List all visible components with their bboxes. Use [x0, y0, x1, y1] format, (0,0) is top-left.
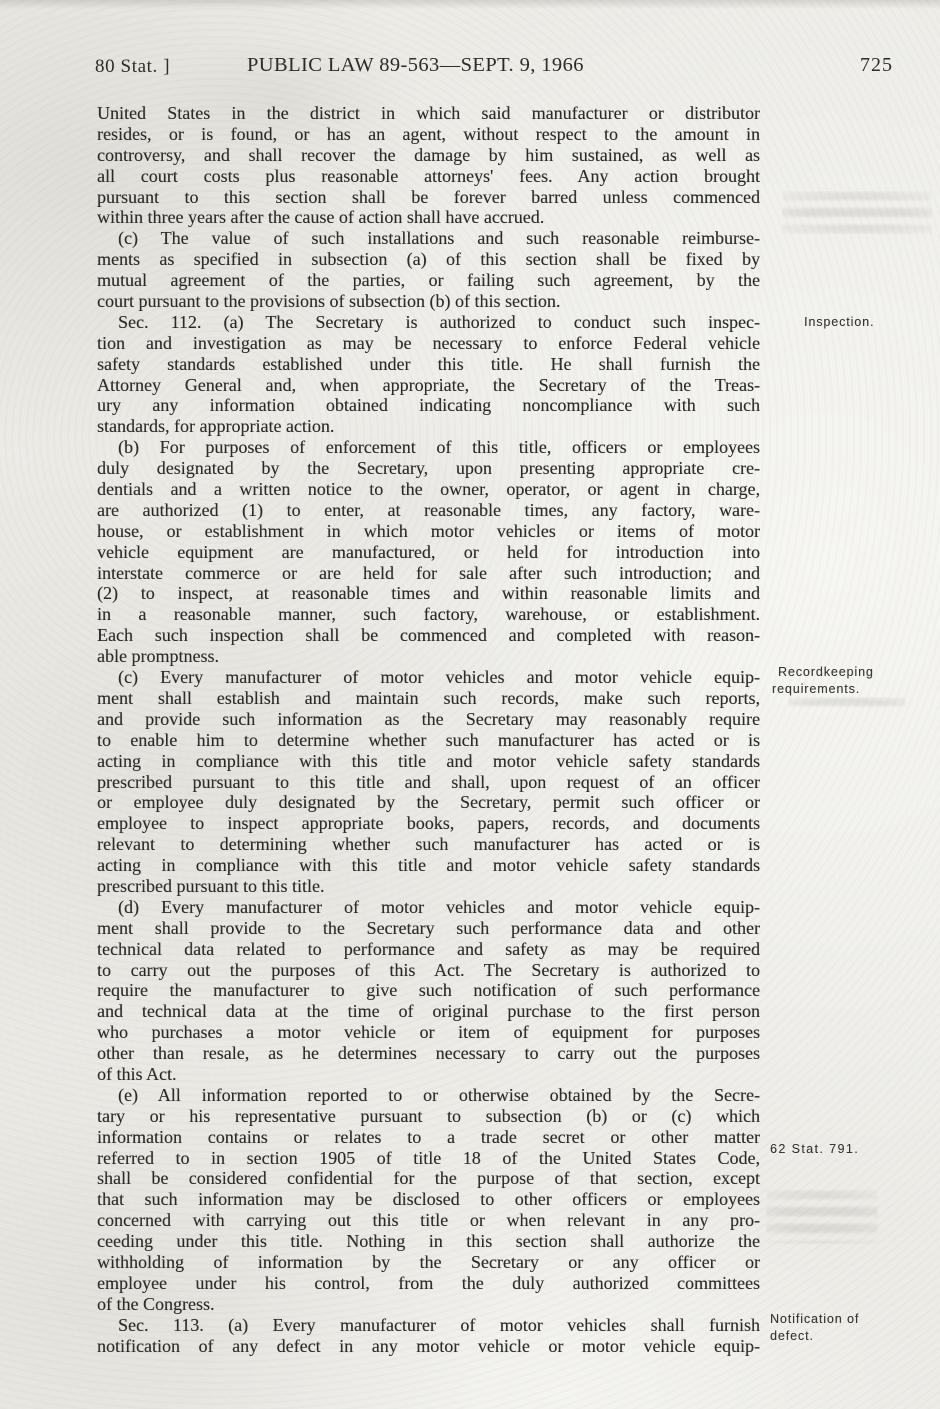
margin-note-text: requirements.	[772, 681, 940, 698]
paragraph-sec112e-confidentiality: (e) All information reported to or other…	[97, 1085, 760, 1315]
header-stat-volume: 80 Stat. ]	[95, 56, 170, 78]
text-line: in a reasonable manner, such factory, wa…	[97, 604, 760, 625]
text-line: of the Congress.	[97, 1294, 760, 1315]
text-line: Attorney General and, when appropriate, …	[97, 375, 760, 396]
margin-note-defect-notification: Notification of defect.	[770, 1311, 938, 1345]
text-line: (b) For purposes of enforcement of this …	[97, 437, 760, 458]
text-line: other than resale, as he determines nece…	[97, 1043, 760, 1064]
text-line: dentials and a written notice to the own…	[97, 479, 760, 500]
paragraph-111c-reimbursement: (c) The value of such installations and …	[97, 228, 760, 312]
text-line: to enable him to determine whether such …	[97, 730, 760, 751]
text-line: or employee duly designated by the Secre…	[97, 792, 760, 813]
text-line: Sec. 112. (a) The Secretary is authorize…	[97, 312, 760, 333]
text-line: Sec. 113. (a) Every manufacturer of moto…	[97, 1315, 760, 1336]
text-line: that such information may be disclosed t…	[97, 1189, 760, 1210]
text-line: are authorized (1) to enter, at reasonab…	[97, 500, 760, 521]
text-line: tary or his representative pursuant to s…	[97, 1106, 760, 1127]
margin-note-stat-citation: 62 Stat. 791.	[770, 1141, 938, 1158]
text-line: (e) All information reported to or other…	[97, 1085, 760, 1106]
text-line: concerned with carrying out this title o…	[97, 1210, 760, 1231]
text-line: mutual agreement of the parties, or fail…	[97, 270, 760, 291]
text-line: ment shall establish and maintain such r…	[97, 688, 760, 709]
bleedthrough-ghost	[788, 697, 906, 711]
text-line: resides, or is found, or has an agent, w…	[97, 124, 760, 145]
text-line: and provide such information as the Secr…	[97, 709, 760, 730]
statute-text-column: United States in the district in which s…	[97, 103, 760, 1356]
text-line: within three years after the cause of ac…	[97, 207, 760, 228]
text-line: house, or establishment in which motor v…	[97, 521, 760, 542]
text-line: ment shall provide to the Secretary such…	[97, 918, 760, 939]
text-line: safety standards established under this …	[97, 354, 760, 375]
bleedthrough-ghost	[782, 191, 932, 234]
paragraph-continuation-jurisdiction: United States in the district in which s…	[97, 103, 760, 228]
margin-note-text: Notification of	[770, 1311, 938, 1328]
text-line: require the manufacturer to give such no…	[97, 980, 760, 1001]
text-line: (d) Every manufacturer of motor vehicles…	[97, 897, 760, 918]
paragraph-sec112b-entry-powers: (b) For purposes of enforcement of this …	[97, 437, 760, 667]
text-line: (c) Every manufacturer of motor vehicles…	[97, 667, 760, 688]
text-line: interstate commerce or are held for sale…	[97, 563, 760, 584]
margin-note-text: 62 Stat. 791.	[770, 1141, 938, 1158]
bleedthrough-ghost	[766, 1190, 878, 1244]
margin-note-recordkeeping: Recordkeeping requirements.	[772, 664, 940, 698]
text-line: withholding of information by the Secret…	[97, 1252, 760, 1273]
text-line: prescribed pursuant to this title.	[97, 876, 760, 897]
text-line: (2) to inspect, at reasonable times and …	[97, 583, 760, 604]
text-line: referred to in section 1905 of title 18 …	[97, 1148, 760, 1169]
text-line: court pursuant to the provisions of subs…	[97, 291, 760, 312]
text-line: acting in compliance with this title and…	[97, 855, 760, 876]
text-line: standards, for appropriate action.	[97, 416, 760, 437]
margin-note-text: Recordkeeping	[772, 664, 940, 681]
text-line: who purchases a motor vehicle or item of…	[97, 1022, 760, 1043]
text-line: ury any information obtained indicating …	[97, 395, 760, 416]
text-line: United States in the district in which s…	[97, 103, 760, 124]
page-title: PUBLIC LAW 89-563—SEPT. 9, 1966	[247, 54, 584, 77]
text-line: relevant to determining whether such man…	[97, 834, 760, 855]
text-line: controversy, and shall recover the damag…	[97, 145, 760, 166]
text-line: (c) The value of such installations and …	[97, 228, 760, 249]
text-line: pursuant to this section shall be foreve…	[97, 187, 760, 208]
paragraph-sec113a-defect-notification: Sec. 113. (a) Every manufacturer of moto…	[97, 1315, 760, 1357]
margin-note-text: defect.	[770, 1328, 938, 1345]
paragraph-sec112a-inspection: Sec. 112. (a) The Secretary is authorize…	[97, 312, 760, 437]
text-line: ceeding under this title. Nothing in thi…	[97, 1231, 760, 1252]
margin-note-inspection: Inspection.	[804, 314, 940, 331]
paragraph-sec112c-recordkeeping: (c) Every manufacturer of motor vehicles…	[97, 667, 760, 897]
text-line: technical data related to performance an…	[97, 939, 760, 960]
text-line: all court costs plus reasonable attorney…	[97, 166, 760, 187]
text-line: acting in compliance with this title and…	[97, 751, 760, 772]
text-line: of this Act.	[97, 1064, 760, 1085]
text-line: and technical data at the time of origin…	[97, 1001, 760, 1022]
margin-note-text: Inspection.	[804, 314, 940, 331]
text-line: tion and investigation as may be necessa…	[97, 333, 760, 354]
text-line: prescribed pursuant to this title and sh…	[97, 772, 760, 793]
text-line: notification of any defect in any motor …	[97, 1336, 760, 1357]
text-line: Each such inspection shall be commenced …	[97, 625, 760, 646]
text-line: duly designated by the Secretary, upon p…	[97, 458, 760, 479]
statute-page-scan: 80 Stat. ] PUBLIC LAW 89-563—SEPT. 9, 19…	[0, 0, 940, 1409]
paragraph-sec112d-performance-data: (d) Every manufacturer of motor vehicles…	[97, 897, 760, 1085]
text-line: ments as specified in subsection (a) of …	[97, 249, 760, 270]
text-line: shall be considered confidential for the…	[97, 1168, 760, 1189]
text-line: employee to inspect appropriate books, p…	[97, 813, 760, 834]
text-line: to carry out the purposes of this Act. T…	[97, 960, 760, 981]
text-line: vehicle equipment are manufactured, or h…	[97, 542, 760, 563]
text-line: information contains or relates to a tra…	[97, 1127, 760, 1148]
page-number: 725	[860, 54, 893, 77]
text-line: able promptness.	[97, 646, 760, 667]
text-line: employee under his control, from the dul…	[97, 1273, 760, 1294]
